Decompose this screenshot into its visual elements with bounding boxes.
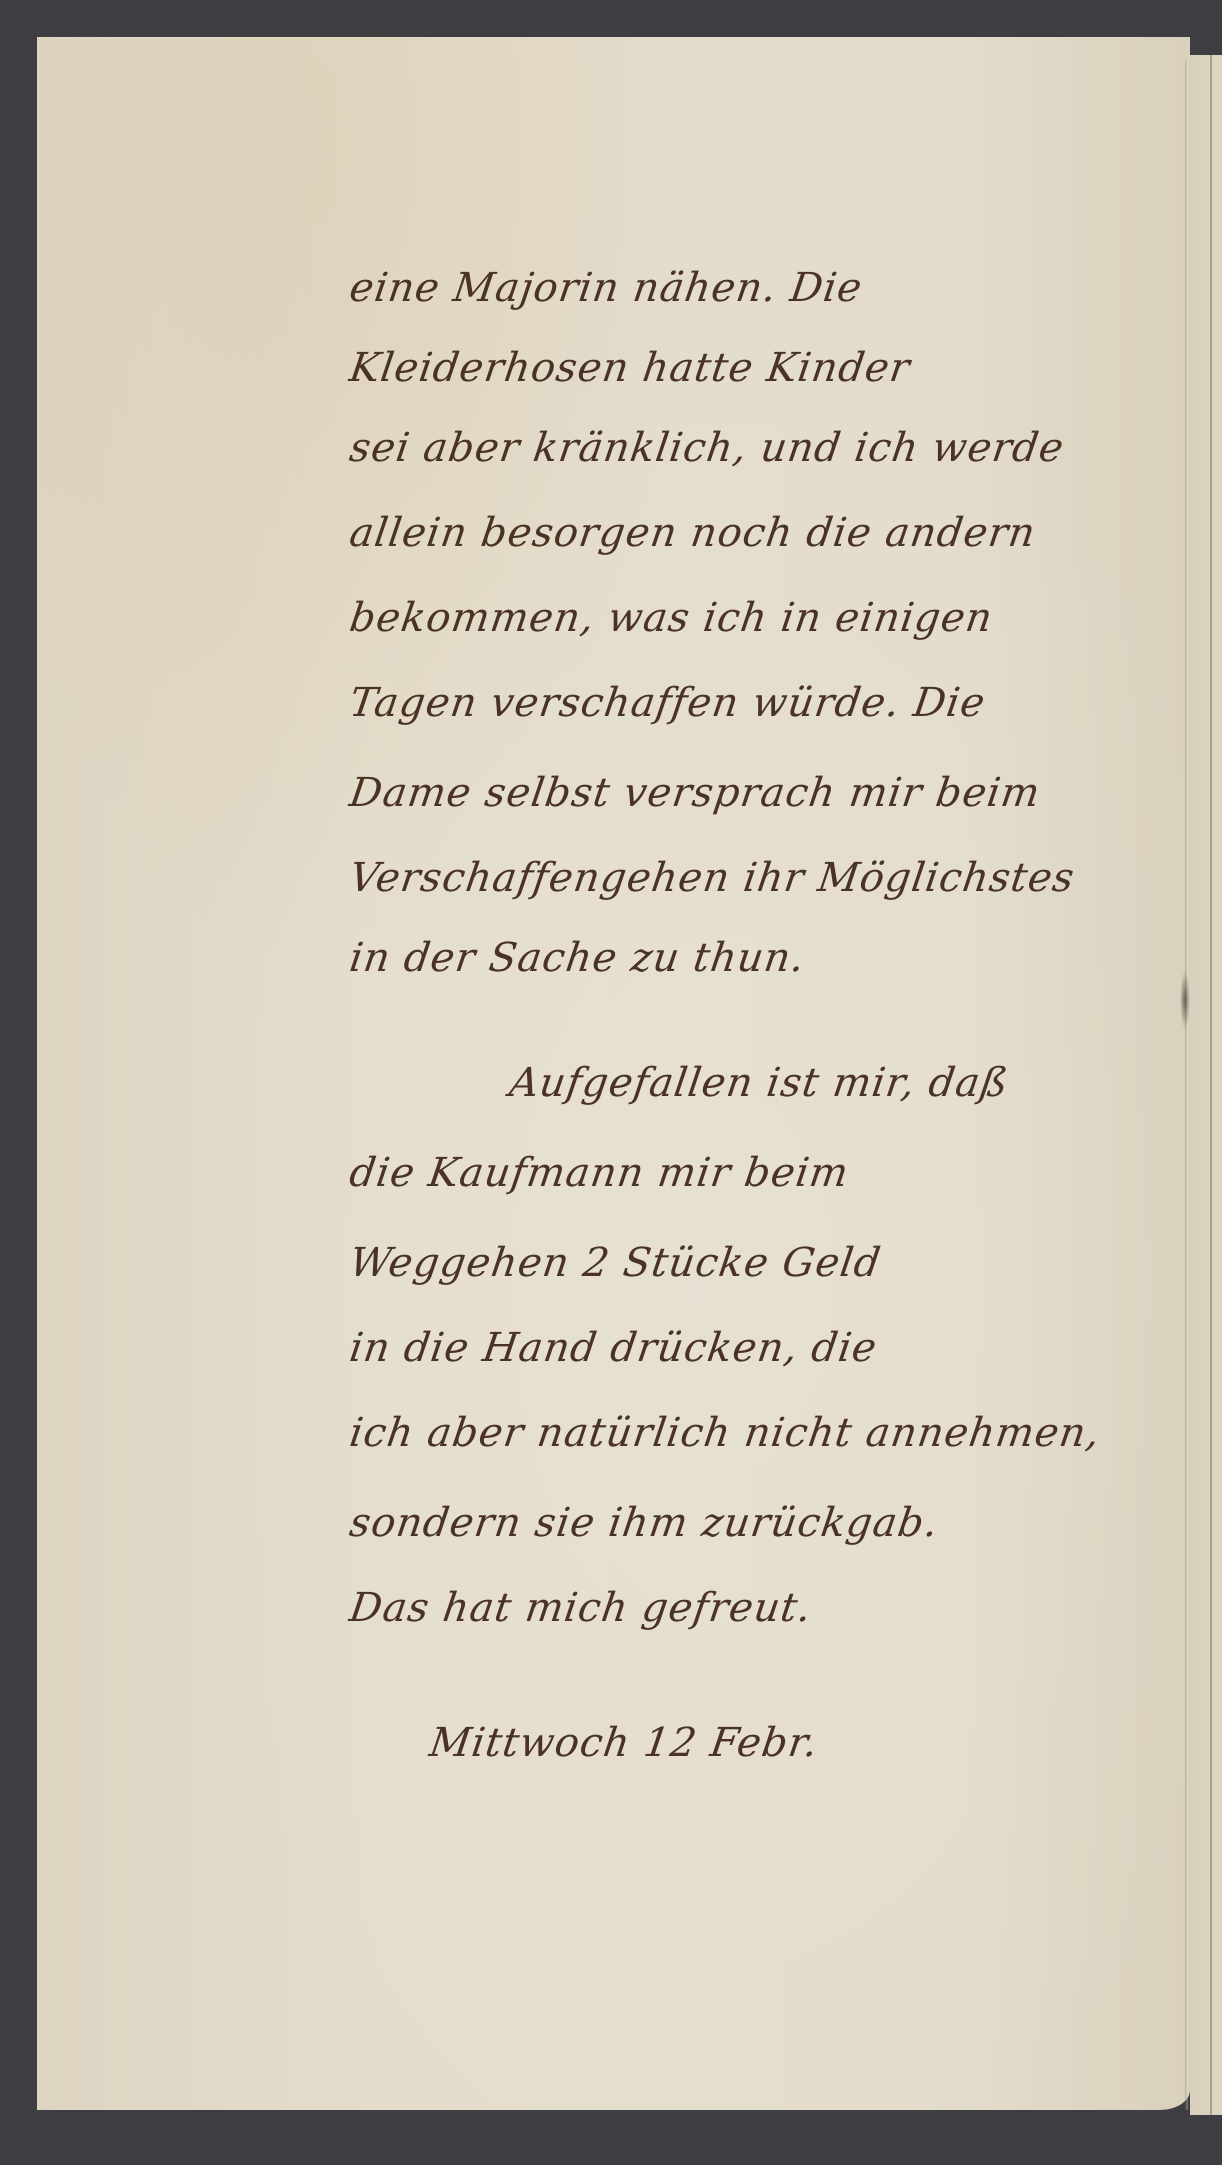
text-line: ich aber natürlich nicht annehmen, xyxy=(347,1410,1104,1456)
text-line: in die Hand drücken, die xyxy=(347,1325,880,1371)
text-line: sondern sie ihm zurückgab. xyxy=(347,1500,942,1546)
text-line: Verschaffengehen ihr Möglichstes xyxy=(347,855,1078,901)
next-page-edge xyxy=(1190,55,1222,2115)
text-line: bekommen, was ich in einigen xyxy=(347,595,996,641)
text-line: Weggehen 2 Stücke Geld xyxy=(347,1240,884,1286)
ink-stain xyxy=(1180,970,1190,1030)
text-line: sei aber kränklich, und ich werde xyxy=(347,425,1067,471)
text-line: die Kaufmann mir beim xyxy=(347,1150,852,1196)
text-line: Tagen verschaffen würde. Die xyxy=(347,680,989,726)
page-fold xyxy=(1185,60,1188,2110)
text-line: allein besorgen noch die andern xyxy=(347,510,1039,556)
date-line: Mittwoch 12 Febr. xyxy=(427,1720,821,1766)
binding-line xyxy=(1210,55,1212,2115)
text-line: Dame selbst versprach mir beim xyxy=(347,770,1044,816)
text-line: Aufgefallen ist mir, daß xyxy=(507,1060,1012,1106)
text-line: in der Sache zu thun. xyxy=(347,935,808,981)
text-line: Das hat mich gefreut. xyxy=(347,1585,815,1631)
text-line: Kleiderhosen hatte Kinder xyxy=(347,345,914,391)
text-line: eine Majorin nähen. Die xyxy=(347,265,866,311)
